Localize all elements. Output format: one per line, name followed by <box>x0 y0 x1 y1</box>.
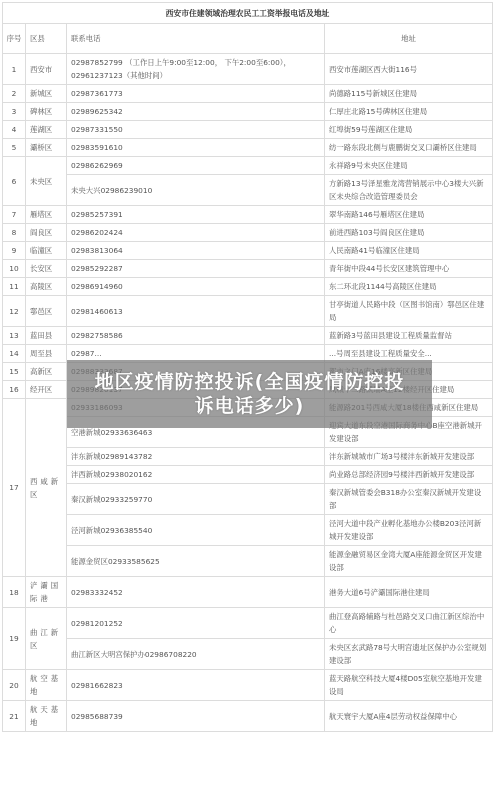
phone-cell: 曲江新区大明宫保护办02986708220 <box>67 639 325 670</box>
address-cell: 青年街中段44号长安区建筑管理中心 <box>325 260 493 278</box>
district-cell: 雁塔区 <box>26 206 67 224</box>
phone-cell: 02986202424 <box>67 224 325 242</box>
row-number: 21 <box>3 701 26 732</box>
header-address: 地址 <box>325 24 493 54</box>
table-row: 1西安市02987852799 （工作日上午9:00至12:00， 下午2:00… <box>3 54 493 85</box>
phone-cell: 02983332452 <box>67 577 325 608</box>
phone-cell: 能源金贸区02933585625 <box>67 546 325 577</box>
table-row: 4莲湖区02987331550红埠街59号莲湖区住建局 <box>3 121 493 139</box>
address-cell: 仁厚庄北路15号碑林区住建局 <box>325 103 493 121</box>
table-row: 能源金贸区02933585625能源金融贸易区金湾大厦A座能源金贸区开发建设部 <box>3 546 493 577</box>
header-district: 区县 <box>26 24 67 54</box>
headline-line-1: 地区疫情防控投诉(全国疫情防控投 <box>95 370 405 394</box>
row-number: 14 <box>3 345 26 363</box>
phone-cell: 02983813064 <box>67 242 325 260</box>
phone-cell: 02981460613 <box>67 296 325 327</box>
row-number: 5 <box>3 139 26 157</box>
address-cell: 秦汉新城管委会B318办公室秦汉新城开发建设部 <box>325 484 493 515</box>
table-row: 9临潼区02983813064人民南路41号临潼区住建局 <box>3 242 493 260</box>
address-cell: 沣东新城城市广场3号楼沣东新城开发建设部 <box>325 448 493 466</box>
phone-cell: 02986914960 <box>67 278 325 296</box>
phone-cell: 02987331550 <box>67 121 325 139</box>
phone-cell: 02985257391 <box>67 206 325 224</box>
header-no: 序号 <box>3 24 26 54</box>
phone-cell: 02985292287 <box>67 260 325 278</box>
table-row: 13蓝田县02982758586蓝新路3号蓝田县建设工程质量监督站 <box>3 327 493 345</box>
district-cell: 经开区 <box>26 381 67 399</box>
table-row: 曲江新区大明宫保护办02986708220未央区玄武路78号大明宫遗址区保护办公… <box>3 639 493 670</box>
address-cell: 航天寰宇大厦A座4层劳动权益保障中心 <box>325 701 493 732</box>
address-cell: 人民南路41号临潼区住建局 <box>325 242 493 260</box>
table-row: 3碑林区02989625342仁厚庄北路15号碑林区住建局 <box>3 103 493 121</box>
table-row: 10长安区02985292287青年街中段44号长安区建筑管理中心 <box>3 260 493 278</box>
address-cell: 泾河大道中段产业孵化基地办公楼B203泾河新城开发建设部 <box>325 515 493 546</box>
table-row: 未央大兴02986239010方新路13号泽星雅龙湾营销展示中心3楼大兴新区未央… <box>3 175 493 206</box>
table-header-row: 序号 区县 联系电话 地址 <box>3 24 493 54</box>
phone-cell: 泾河新城02936385540 <box>67 515 325 546</box>
district-cell: 鄠邑区 <box>26 296 67 327</box>
table-row: 18浐灞国际港02983332452港务大道6号浐灞国际港住建局 <box>3 577 493 608</box>
address-cell: 蓝天路航空科技大厦4楼D05室航空基地开发建设局 <box>325 670 493 701</box>
table-row: 6未央区02986262969永祥路9号未央区住建局 <box>3 157 493 175</box>
district-cell: 碑林区 <box>26 103 67 121</box>
district-cell: 长安区 <box>26 260 67 278</box>
row-number: 17 <box>3 399 26 577</box>
address-cell: 西安市莲湖区西大街116号 <box>325 54 493 85</box>
row-number: 3 <box>3 103 26 121</box>
phone-cell: 沣东新城02989143782 <box>67 448 325 466</box>
row-number: 12 <box>3 296 26 327</box>
row-number: 15 <box>3 363 26 381</box>
phone-cell: 02989625342 <box>67 103 325 121</box>
district-cell: 西安市 <box>26 54 67 85</box>
address-cell: 尚业路总部经济园9号楼沣西新城开发建设部 <box>325 466 493 484</box>
district-cell: 未央区 <box>26 157 67 206</box>
table-row: 21航天基地02985688739航天寰宇大厦A座4层劳动权益保障中心 <box>3 701 493 732</box>
address-cell: 港务大道6号浐灞国际港住建局 <box>325 577 493 608</box>
address-cell: 方新路13号泽星雅龙湾营销展示中心3楼大兴新区未央综合改造管理委员会 <box>325 175 493 206</box>
row-number: 13 <box>3 327 26 345</box>
table-row: 19曲江新区02981201252曲江登高路辅路与杜邑路交叉口曲江新区综治中心 <box>3 608 493 639</box>
table-row: 11高陵区02986914960东二环北段1144号高陵区住建局 <box>3 278 493 296</box>
row-number: 2 <box>3 85 26 103</box>
district-cell: 新城区 <box>26 85 67 103</box>
phone-cell: 02986262969 <box>67 157 325 175</box>
table-row: 沣西新城02938020162尚业路总部经济园9号楼沣西新城开发建设部 <box>3 466 493 484</box>
table-row: 2新城区02987361773尚德路115号新城区住建局 <box>3 85 493 103</box>
district-cell: 临潼区 <box>26 242 67 260</box>
header-phone: 联系电话 <box>67 24 325 54</box>
phone-cell: 02981662823 <box>67 670 325 701</box>
table-row: 秦汉新城02933259770秦汉新城管委会B318办公室秦汉新城开发建设部 <box>3 484 493 515</box>
row-number: 10 <box>3 260 26 278</box>
row-number: 11 <box>3 278 26 296</box>
row-number: 7 <box>3 206 26 224</box>
address-cell: 翠华南路146号雁塔区住建局 <box>325 206 493 224</box>
row-number: 6 <box>3 157 26 206</box>
district-cell: 高陵区 <box>26 278 67 296</box>
district-cell: 周至县 <box>26 345 67 363</box>
district-cell: 灞桥区 <box>26 139 67 157</box>
table-row: 12鄠邑区02981460613甘亭街道人民路中段（区图书馆南）鄠邑区住建局 <box>3 296 493 327</box>
district-cell: 阎良区 <box>26 224 67 242</box>
address-cell: 尚德路115号新城区住建局 <box>325 85 493 103</box>
phone-cell: 秦汉新城02933259770 <box>67 484 325 515</box>
row-number: 18 <box>3 577 26 608</box>
district-cell: 浐灞国际港 <box>26 577 67 608</box>
district-cell: 曲江新区 <box>26 608 67 670</box>
phone-cell: 02981201252 <box>67 608 325 639</box>
row-number: 4 <box>3 121 26 139</box>
address-cell: 未央区玄武路78号大明宫遗址区保护办公室规划建设部 <box>325 639 493 670</box>
district-cell: 蓝田县 <box>26 327 67 345</box>
address-cell: 能源金融贸易区金湾大厦A座能源金贸区开发建设部 <box>325 546 493 577</box>
table-title: 西安市住建领域治理农民工工资举报电话及地址 <box>3 3 493 24</box>
table-title-row: 西安市住建领域治理农民工工资举报电话及地址 <box>3 3 493 24</box>
table-row: 5灞桥区02983591610纺一路东段北侧与鹿鹏街交叉口灞桥区住建局 <box>3 139 493 157</box>
row-number: 8 <box>3 224 26 242</box>
address-cell: 纺一路东段北侧与鹿鹏街交叉口灞桥区住建局 <box>325 139 493 157</box>
phone-cell: 02982758586 <box>67 327 325 345</box>
district-cell: 航天基地 <box>26 701 67 732</box>
phone-cell: 未央大兴02986239010 <box>67 175 325 206</box>
table-row: 泾河新城02936385540泾河大道中段产业孵化基地办公楼B203泾河新城开发… <box>3 515 493 546</box>
phone-cell: 02985688739 <box>67 701 325 732</box>
headline-line-2: 诉电话多少) <box>195 394 305 418</box>
district-cell: 航空基地 <box>26 670 67 701</box>
address-cell: 甘亭街道人民路中段（区图书馆南）鄠邑区住建局 <box>325 296 493 327</box>
address-cell: 东二环北段1144号高陵区住建局 <box>325 278 493 296</box>
phone-cell: 02987361773 <box>67 85 325 103</box>
row-number: 16 <box>3 381 26 399</box>
row-number: 1 <box>3 54 26 85</box>
address-cell: 曲江登高路辅路与杜邑路交叉口曲江新区综治中心 <box>325 608 493 639</box>
row-number: 9 <box>3 242 26 260</box>
phone-cell: 沣西新城02938020162 <box>67 466 325 484</box>
address-cell: 永祥路9号未央区住建局 <box>325 157 493 175</box>
address-cell: 前进西路103号阎良区住建局 <box>325 224 493 242</box>
row-number: 19 <box>3 608 26 670</box>
phone-cell: 02983591610 <box>67 139 325 157</box>
headline-overlay: 地区疫情防控投诉(全国疫情防控投 诉电话多少) <box>67 360 432 428</box>
table-row: 20航空基地02981662823蓝天路航空科技大厦4楼D05室航空基地开发建设… <box>3 670 493 701</box>
table-row: 沣东新城02989143782沣东新城城市广场3号楼沣东新城开发建设部 <box>3 448 493 466</box>
row-number: 20 <box>3 670 26 701</box>
district-cell: 高新区 <box>26 363 67 381</box>
table-row: 7雁塔区02985257391翠华南路146号雁塔区住建局 <box>3 206 493 224</box>
district-cell: 西咸新区 <box>26 399 67 577</box>
address-cell: 红埠街59号莲湖区住建局 <box>325 121 493 139</box>
table-row: 8阎良区02986202424前进西路103号阎良区住建局 <box>3 224 493 242</box>
phone-cell: 02987852799 （工作日上午9:00至12:00， 下午2:00至6:0… <box>67 54 325 85</box>
district-cell: 莲湖区 <box>26 121 67 139</box>
address-cell: 蓝新路3号蓝田县建设工程质量监督站 <box>325 327 493 345</box>
